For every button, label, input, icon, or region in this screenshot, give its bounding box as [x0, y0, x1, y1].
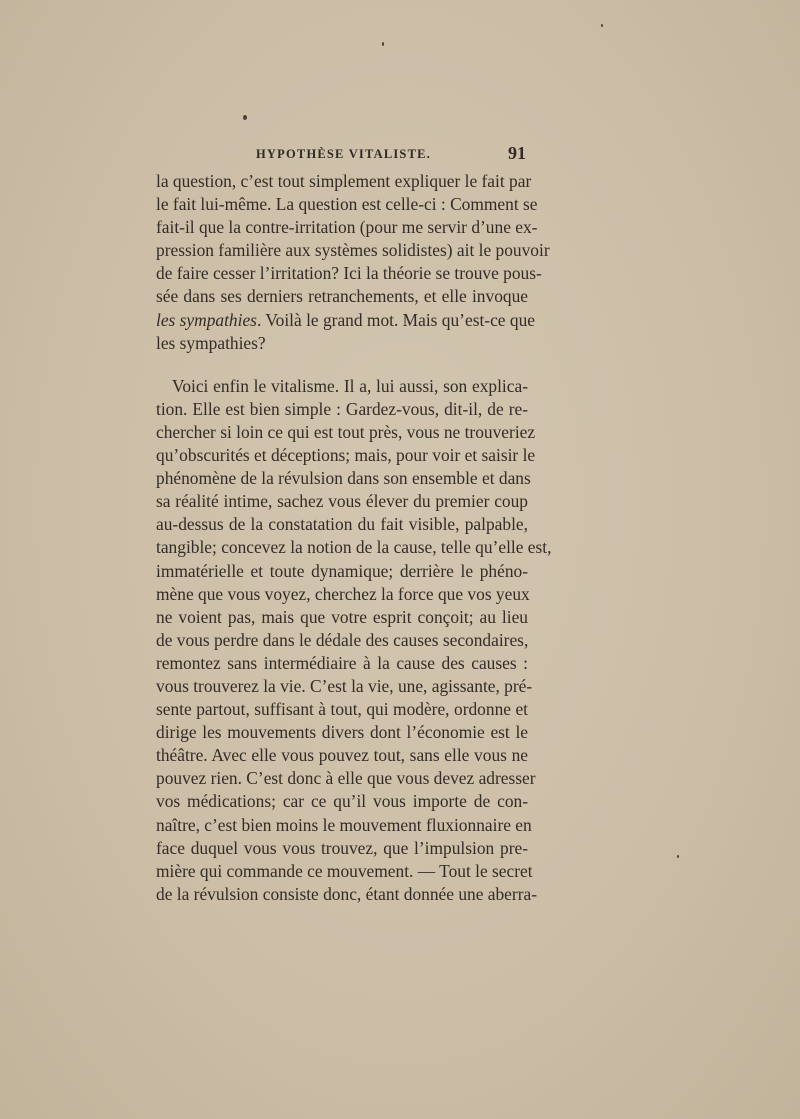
- text-line: mière qui commande ce mouvement. — Tout …: [156, 860, 528, 883]
- text-fragment: . Voilà le grand mot. Mais qu’est-ce que: [257, 310, 535, 330]
- paper-speck: [243, 115, 247, 120]
- text-line: sente partout, suffisant à tout, qui mod…: [156, 698, 528, 721]
- text-line: mène que vous voyez, cherchez la force q…: [156, 583, 528, 606]
- text-line: les sympathies. Voilà le grand mot. Mais…: [156, 309, 528, 332]
- paper-speck: [601, 24, 603, 27]
- text-line: le fait lui-même. La question est celle-…: [156, 193, 528, 216]
- text-line: pouvez rien. C’est donc à elle que vous …: [156, 767, 528, 790]
- text-line: vos médications; car ce qu’il vous impor…: [156, 790, 528, 813]
- paper-speck: [677, 855, 679, 858]
- page-header: HYPOTHÈSE VITALISTE. 91: [156, 146, 526, 166]
- text-line: sée dans ses derniers retranchements, et…: [156, 285, 528, 308]
- text-line: phénomène de la révulsion dans son ensem…: [156, 467, 528, 490]
- text-line: fait-il que la contre-irritation (pour m…: [156, 216, 528, 239]
- text-line: qu’obscurités et déceptions; mais, pour …: [156, 444, 528, 467]
- italic-phrase: les sympathies: [156, 310, 257, 330]
- text-line: tion. Elle est bien simple : Gardez-vous…: [156, 398, 528, 421]
- paragraph: Voici enfin le vitalisme. Il a, lui auss…: [156, 375, 528, 906]
- text-line: au-dessus de la constatation du fait vis…: [156, 513, 528, 536]
- text-line: pression familière aux systèmes solidist…: [156, 239, 528, 262]
- text-line: théâtre. Avec elle vous pouvez tout, san…: [156, 744, 528, 767]
- running-title: HYPOTHÈSE VITALISTE.: [256, 147, 431, 162]
- text-line: sa réalité intime, sachez vous élever du…: [156, 490, 528, 513]
- paper-speck: [382, 42, 384, 46]
- body-text: la question, c’est tout simplement expli…: [156, 170, 528, 906]
- text-line: face duquel vous vous trouvez, que l’imp…: [156, 837, 528, 860]
- text-line: la question, c’est tout simplement expli…: [156, 170, 528, 193]
- text-line: naître, c’est bien moins le mouvement fl…: [156, 814, 528, 837]
- page-number: 91: [508, 143, 526, 164]
- text-line: immatérielle et toute dynamique; derrièr…: [156, 560, 528, 583]
- text-line: les sympathies?: [156, 332, 528, 355]
- text-line: de vous perdre dans le dédale des causes…: [156, 629, 528, 652]
- text-line: chercher si loin ce qui est tout près, v…: [156, 421, 528, 444]
- text-line: remontez sans intermédiaire à la cause d…: [156, 652, 528, 675]
- text-line: vous trouverez la vie. C’est la vie, une…: [156, 675, 528, 698]
- text-line: ne voient pas, mais que votre esprit con…: [156, 606, 528, 629]
- text-line: dirige les mouvements divers dont l’écon…: [156, 721, 528, 744]
- text-line: Voici enfin le vitalisme. Il a, lui auss…: [156, 375, 528, 398]
- paragraph: la question, c’est tout simplement expli…: [156, 170, 528, 355]
- text-line: de faire cesser l’irritation? Ici la thé…: [156, 262, 528, 285]
- text-line: de la révulsion consiste donc, étant don…: [156, 883, 528, 906]
- text-line: tangible; concevez la notion de la cause…: [156, 536, 528, 559]
